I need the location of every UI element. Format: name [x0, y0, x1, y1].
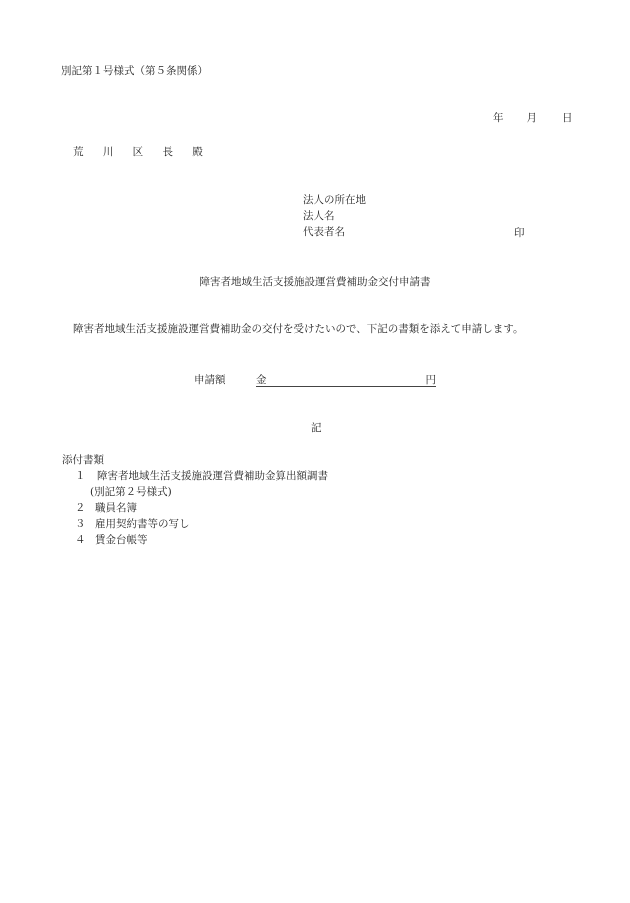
attachment-number: ４: [75, 535, 86, 546]
attachment-text: 賃金台帳等: [95, 535, 148, 546]
year-label: 年: [493, 113, 504, 124]
applicant-block: 法人の所在地 法人名 代表者名: [303, 195, 366, 243]
date-line: 年月日: [493, 113, 573, 124]
attachment-subnote: (別記第２号様式): [90, 487, 172, 498]
corporation-address-label: 法人の所在地: [303, 195, 366, 211]
month-label: 月: [527, 113, 538, 124]
addressee: 荒 川 区 長 殿: [73, 147, 211, 158]
attachment-number: １: [75, 471, 86, 482]
amount-prefix: 金: [256, 375, 267, 386]
attachment-text: 障害者地域生活支援施設運営費補助金算出額調書: [97, 471, 328, 482]
requested-amount-field[interactable]: 金 円: [256, 372, 436, 387]
attachment-number: ２: [75, 503, 86, 514]
attachments-header: 添付書類: [62, 455, 104, 466]
corporation-name-label: 法人名: [303, 211, 366, 227]
attachment-text: 雇用契約書等の写し: [95, 519, 190, 530]
attachment-text: 職員名簿: [95, 503, 137, 514]
attachment-number: ３: [75, 519, 86, 530]
application-statement: 障害者地域生活支援施設運営費補助金の交付を受けたいので、下記の書類を添えて申請し…: [73, 324, 523, 335]
seal-mark: 印: [514, 228, 525, 239]
document-title-text: 障害者地域生活支援施設運営費補助金交付申請書: [200, 277, 431, 288]
day-label: 日: [562, 113, 573, 124]
amount-currency-yen: 円: [426, 375, 437, 386]
form-number: 別記第１号様式（第５条関係）: [61, 66, 208, 77]
requested-amount-label: 申請額: [194, 375, 226, 386]
representative-label: 代表者名: [303, 227, 366, 243]
document-title: 障害者地域生活支援施設運営費補助金交付申請書: [0, 277, 630, 288]
ki-heading: 記: [311, 423, 322, 434]
